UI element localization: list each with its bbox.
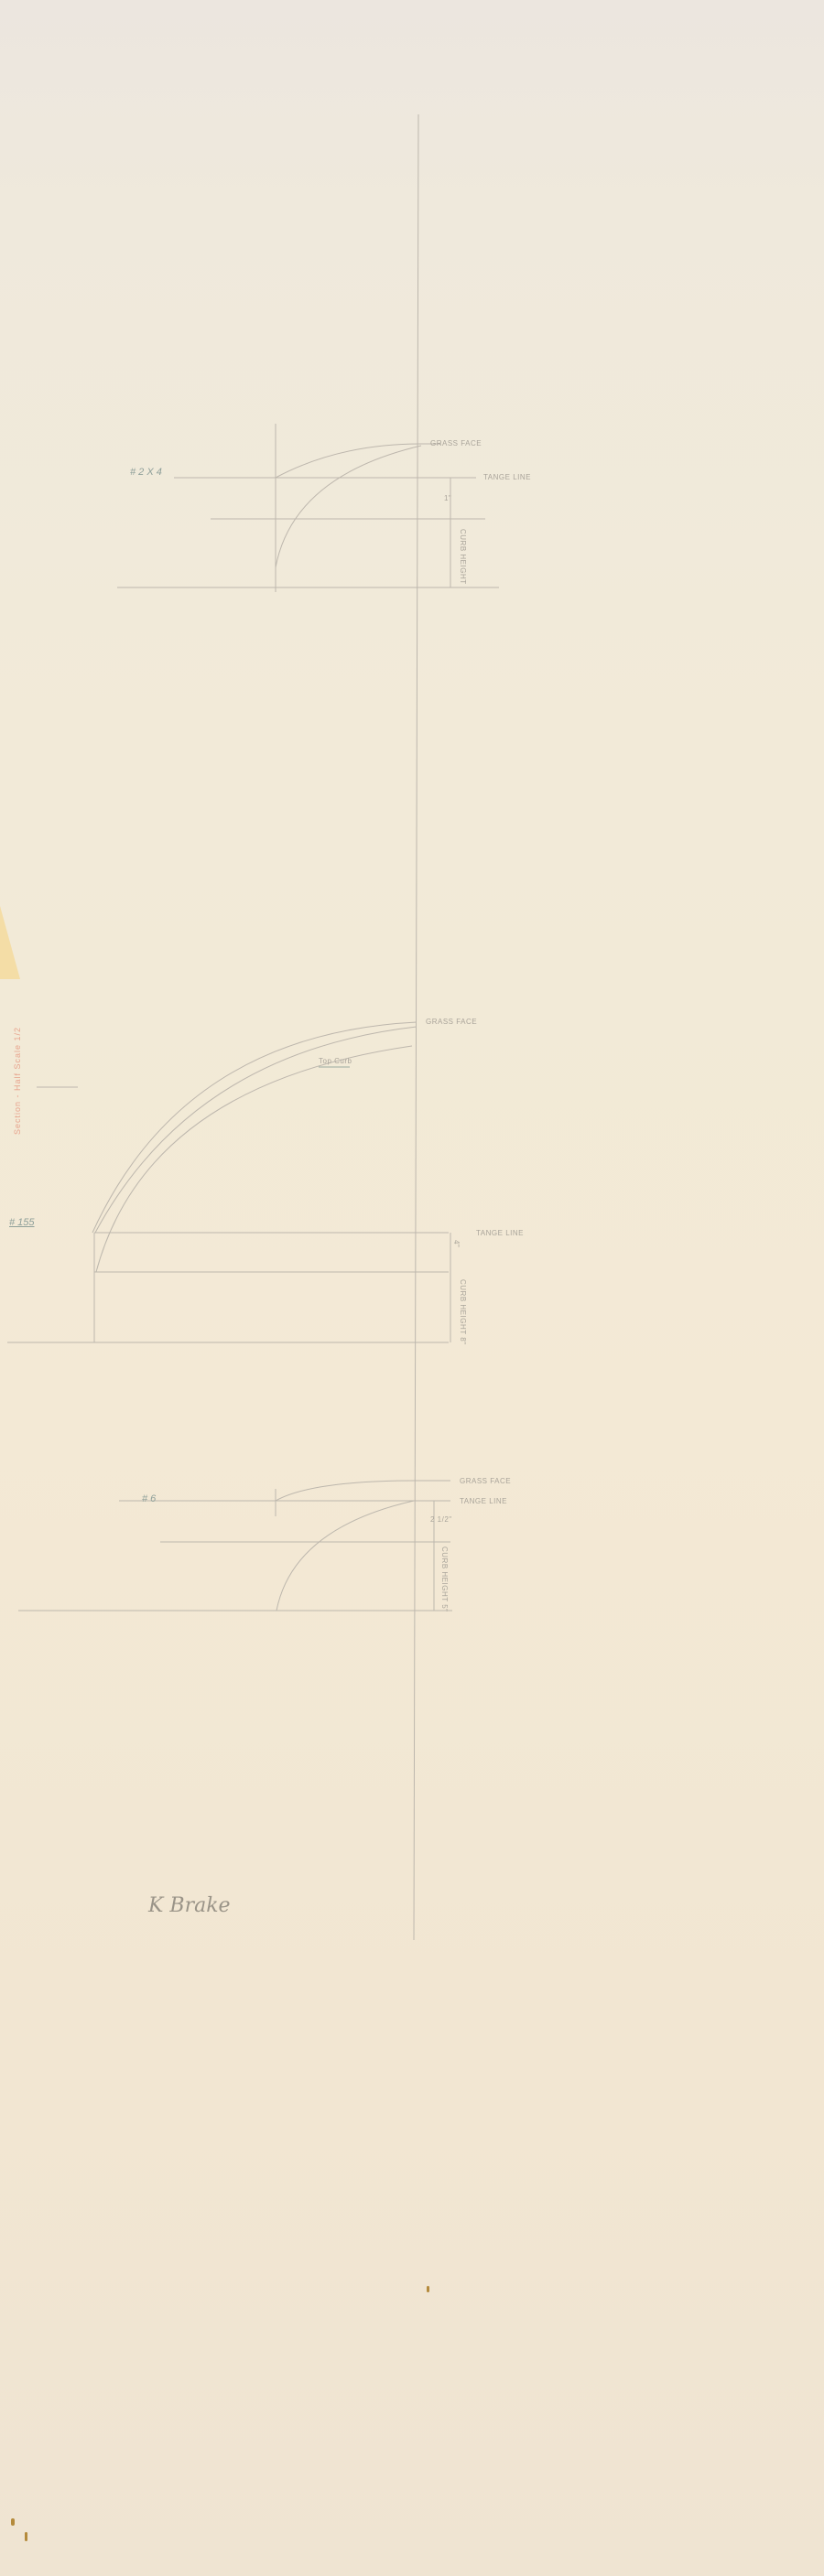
label-tangent-bottom: TANGE LINE: [460, 1497, 507, 1505]
dim-vertical-bottom: CURB HEIGHT 5": [440, 1547, 449, 1611]
artist-signature: K Brake: [148, 1894, 231, 1917]
dim-small-top: 1": [444, 494, 451, 502]
label-grass-face-middle: GRASS FACE: [426, 1018, 477, 1026]
dim-small-bottom: 2 1/2": [430, 1515, 452, 1524]
drawing-number-top: # 2 X 4: [130, 467, 162, 478]
side-note-red: Section - Half Scale 1/2: [13, 1027, 22, 1135]
paper-speck: [11, 2518, 15, 2526]
label-grass-face-bottom: GRASS FACE: [460, 1477, 511, 1485]
dim-vertical-top: CURB HEIGHT: [459, 529, 467, 585]
drawing-number-bottom: # 6: [142, 1493, 156, 1504]
label-grass-face-top: GRASS FACE: [430, 439, 482, 447]
dim-vertical-middle: CURB HEIGHT 8": [459, 1279, 467, 1344]
paper-speck: [25, 2532, 27, 2541]
dim-small-middle: 4": [452, 1240, 461, 1247]
top-profile: [117, 424, 499, 592]
label-tangent-middle: TANGE LINE: [476, 1229, 524, 1237]
bottom-profile: [18, 1481, 452, 1611]
label-tangent-top: TANGE LINE: [483, 473, 531, 481]
drawing-number-middle: # 155: [9, 1217, 35, 1228]
pencil-linework: [0, 0, 824, 2576]
middle-profile: [7, 1022, 450, 1342]
paper-speck: [427, 2286, 429, 2292]
drawing-sheet: # 2 X 4 GRASS FACE TANGE LINE 1" CURB HE…: [0, 0, 824, 2576]
label-inner-curve-middle: Top Curb: [319, 1057, 352, 1065]
